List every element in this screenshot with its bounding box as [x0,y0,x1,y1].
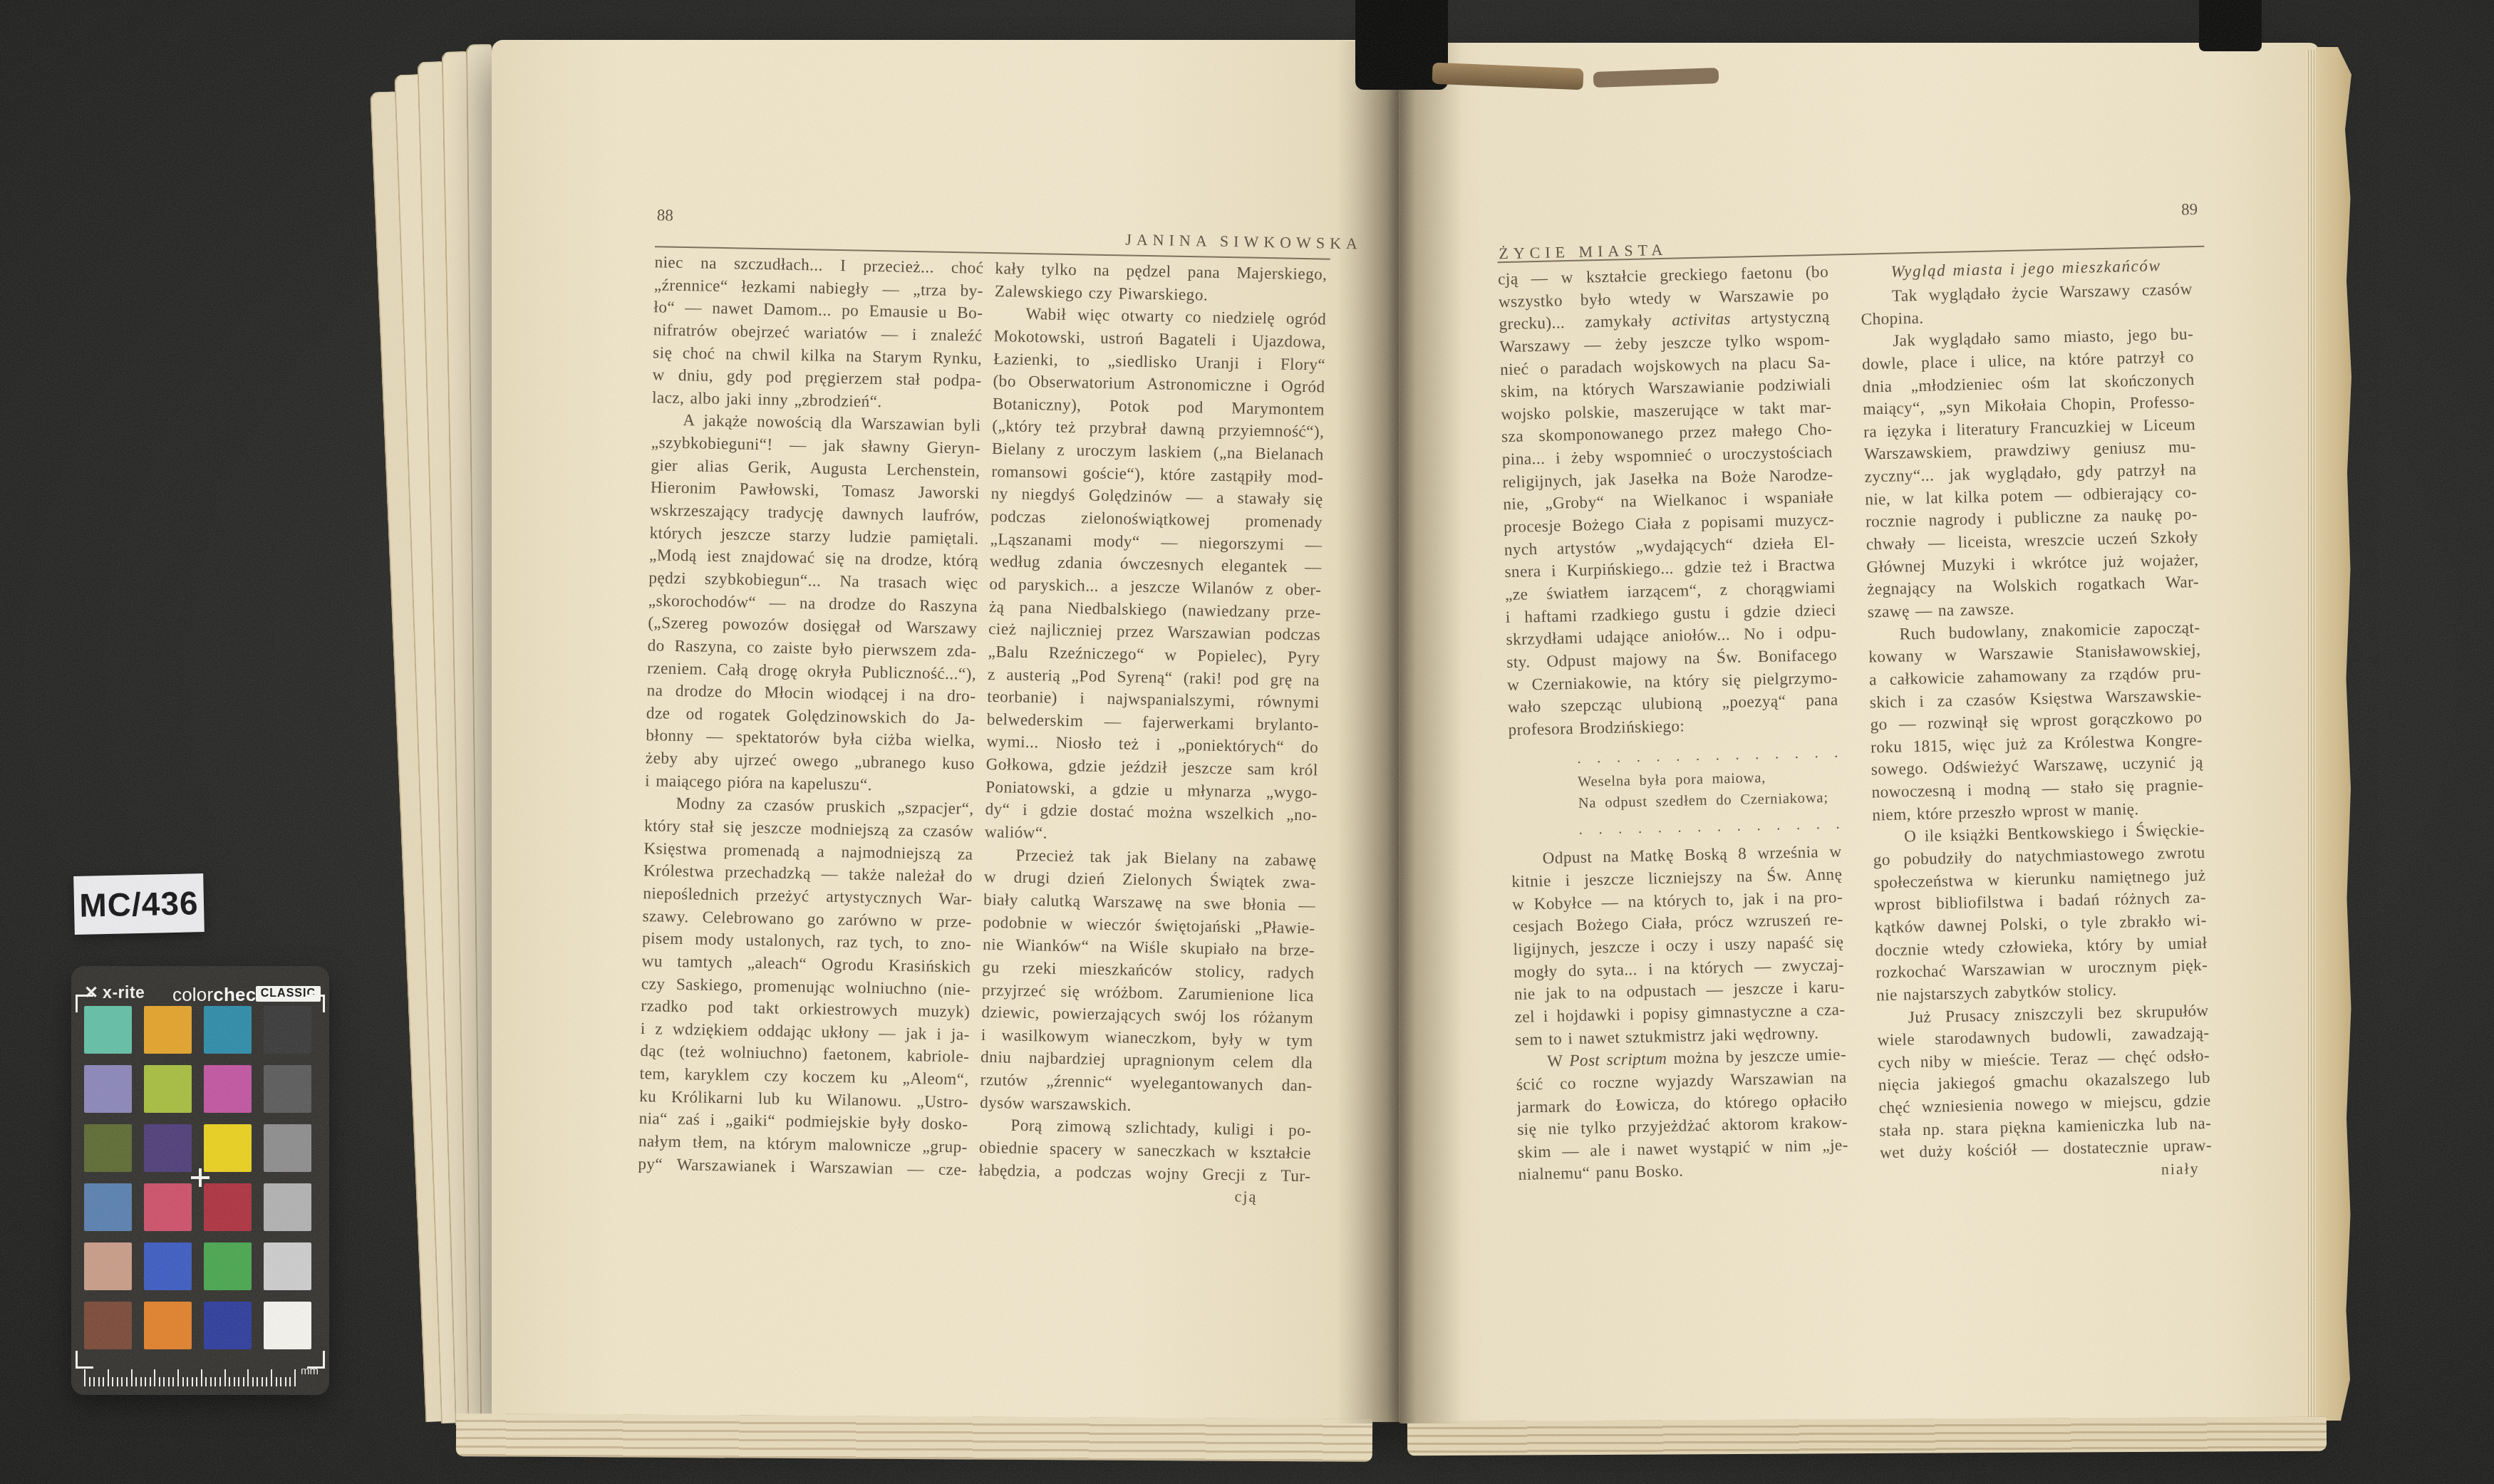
ruler-tick [121,1377,123,1386]
color-swatch [84,1065,132,1113]
color-swatch [204,1006,252,1054]
archive-label-text: MC/436 [79,883,199,924]
color-swatch [144,1006,192,1054]
ruler-tick [135,1377,137,1386]
ruler-tick [103,1377,104,1386]
ruler-tick [262,1377,263,1386]
colorchecker-card: ✕ x-rite colorchecker CLASSIC mm [71,966,329,1395]
catchword-right: niały [2161,1159,2200,1178]
color-swatch [204,1183,252,1231]
left-column-2: kały tylko na pędzel pana Majerskiego,Za… [978,258,1328,1188]
ruler-tick [98,1377,100,1386]
ruler-tick [229,1377,230,1386]
ruler-tick [108,1369,109,1386]
ruler-tick [112,1377,113,1386]
color-swatch [144,1242,192,1290]
ruler-tick [163,1377,165,1386]
right-column-2: Wygląd miasta i jego mieszkańcówTak wygl… [1860,253,2213,1165]
left-column-1: niec na szczudłach... I przecież... choć… [638,251,984,1182]
color-swatch [204,1302,252,1349]
color-swatch [84,1124,132,1172]
ruler [84,1368,298,1388]
color-swatch [204,1065,252,1113]
ruler-tick [266,1377,267,1386]
color-swatch [84,1242,132,1290]
ruler-tick [84,1369,86,1386]
color-swatch [144,1124,192,1172]
deckle-edge [2316,47,2351,1421]
ruler-unit-label: mm [301,1365,319,1377]
ruler-tick [257,1377,258,1386]
bottom-page-stack-right [1407,1417,2327,1456]
ruler-tick [159,1377,160,1386]
ruler-tick [145,1377,146,1386]
right-page-textblock: ŻYCIE MIASTA 89 cją — w kształcie grecki… [1496,200,2226,1235]
ruler-tick [126,1377,128,1386]
color-swatch [84,1183,132,1231]
ruler-tick [252,1377,254,1386]
ruler-tick [285,1377,286,1386]
page-number-right: 89 [2181,200,2198,219]
archive-label: MC/436 [73,873,205,935]
ruler-tick [280,1377,281,1386]
crop-corner-icon [76,1351,93,1369]
page-number-left: 88 [657,206,673,224]
ruler-tick [214,1377,216,1386]
ruler-tick [271,1369,272,1386]
color-swatch [264,1242,311,1290]
ruler-tick [294,1369,296,1386]
ruler-tick [187,1377,188,1386]
left-page-textblock: 88 JANINA SIWKOWSKA niec na szczudłach..… [637,203,1331,1234]
color-swatch [264,1183,311,1231]
bottom-page-stack-left [456,1413,1372,1462]
color-swatch [204,1124,252,1172]
color-swatch [144,1183,192,1231]
text-line: . . . . . . . . . . . . . . . . [1509,742,1840,771]
text-line: . . . . . . . . . . . . . . . . [1510,813,1841,842]
color-swatch [84,1006,132,1054]
color-swatch [144,1302,192,1349]
catchword-left: cją [1234,1187,1257,1206]
ruler-tick [131,1369,133,1386]
center-cross-icon [191,1168,209,1187]
ruler-tick [196,1377,197,1386]
color-swatch [84,1302,132,1349]
ruler-tick [276,1377,277,1386]
color-swatch [144,1065,192,1113]
ruler-tick [210,1377,212,1386]
scanned-book-photo: 88 JANINA SIWKOWSKA niec na szczudłach..… [0,0,2494,1484]
ruler-tick [205,1377,207,1386]
running-head-left: JANINA SIWKOWSKA [1125,230,1362,253]
color-swatch [264,1302,311,1349]
color-swatch [204,1242,252,1290]
ruler-tick [140,1377,142,1386]
right-column-1: cją — w kształcie greckiego faetonu (bow… [1498,261,1849,1187]
ruler-tick [182,1377,184,1386]
xrite-brand-text: x-rite [103,983,145,1002]
color-swatch [264,1006,311,1054]
ruler-tick [247,1369,249,1386]
ruler-tick [201,1369,202,1386]
ruler-tick [172,1377,174,1386]
ruler-tick [234,1377,235,1386]
wordmark-light: color [172,984,213,1005]
ruler-tick [238,1377,239,1386]
ruler-tick [93,1377,95,1386]
ruler-tick [168,1377,170,1386]
color-swatch [264,1124,311,1172]
ruler-tick [150,1377,151,1386]
ruler-tick [224,1369,226,1386]
ruler-tick [117,1377,118,1386]
ruler-tick [243,1377,244,1386]
ruler-tick [154,1369,155,1386]
color-swatch [264,1065,311,1113]
ruler-tick [177,1369,179,1386]
ruler-tick [219,1377,221,1386]
ruler-tick [89,1377,90,1386]
ruler-tick [192,1377,193,1386]
ruler-tick [289,1377,291,1386]
top-right-gap [2199,0,2262,51]
